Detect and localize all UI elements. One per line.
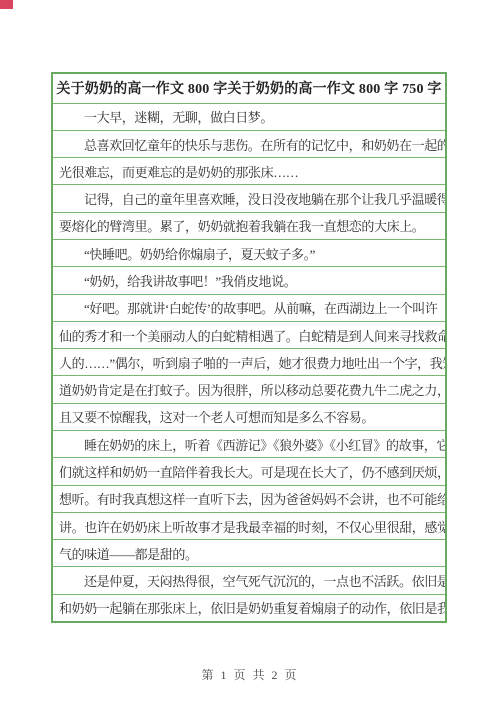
- red-corner-mark: [0, 0, 13, 9]
- essay-line-text: 人的……”偶尔，听到扇子啪的一声后，她才很费力地吐出一个字，我知: [59, 353, 445, 372]
- essay-table: 关于奶奶的高一作文 800 字关于奶奶的高一作文 800 字 750 字 一大早…: [51, 72, 447, 623]
- essay-line-row: 要熔化的臂湾里。累了，奶奶就抱着我躺在我一直想恋的大床上。: [53, 212, 445, 239]
- essay-line-text: 和奶奶一起躺在那张床上，依旧是奶奶重复着煽扇子的动作，依旧是我听: [59, 598, 445, 617]
- essay-line-row: 想听。有时我真想这样一直听下去，因为爸爸妈妈不会讲，也不可能给我: [53, 485, 445, 512]
- essay-line-row: 仙的秀才和一个美丽动人的白蛇精相遇了。白蛇精是到人间来寻找救命恩: [53, 321, 445, 348]
- document-page: { "page": { "title": "关于奶奶的高一作文 800 字关于奶…: [0, 0, 500, 708]
- essay-title: 关于奶奶的高一作文 800 字关于奶奶的高一作文 800 字 750 字: [56, 78, 441, 98]
- essay-line-text: 光很难忘，而更难忘的是奶奶的那张床……: [59, 162, 298, 181]
- essay-line-row: 们就这样和奶奶一直陪伴着我长大。可是现在长大了，仍不感到厌烦，还: [53, 457, 445, 484]
- essay-line-text: 想听。有时我真想这样一直听下去，因为爸爸妈妈不会讲，也不可能给我: [59, 489, 445, 508]
- essay-line-text: 讲。也许在奶奶床上听故事才是我最幸福的时刻，不仅心里很甜，感觉空: [59, 517, 445, 536]
- essay-line-row: 还是仲夏，天闷热得很，空气死气沉沉的，一点也不活跃。依旧是我: [53, 566, 445, 593]
- essay-line-row: “快睡吧。奶奶给你煽扇子，夏天蚊子多。”: [53, 239, 445, 266]
- essay-line-text: 睡在奶奶的床上，听着《西游记》《狼外婆》《小红冒》的故事，它: [84, 435, 445, 454]
- essay-line-row: 且又要不惊醒我，这对一个老人可想而知是多么不容易。: [53, 403, 445, 430]
- essay-line-row: 记得，自己的童年里喜欢睡，没日没夜地躺在那个让我几乎温暖得快: [53, 184, 445, 211]
- page-number-footer: 第 1 页 共 2 页: [0, 666, 500, 683]
- essay-line-text: 一大早，迷糊，无聊，做白日梦。: [84, 107, 273, 126]
- essay-line-text: 道奶奶肯定是在打蚊子。因为很胖，所以移动总要花费九牛二虎之力，而: [59, 380, 445, 399]
- essay-title-row: 关于奶奶的高一作文 800 字关于奶奶的高一作文 800 字 750 字: [53, 74, 445, 103]
- essay-line-row: “好吧。那就讲‘白蛇传’的故事吧。从前嘛，在西湖边上一个叫许: [53, 294, 445, 321]
- essay-line-row: 讲。也许在奶奶床上听故事才是我最幸福的时刻，不仅心里很甜，感觉空: [53, 512, 445, 539]
- essay-line-row: 睡在奶奶的床上，听着《西游记》《狼外婆》《小红冒》的故事，它: [53, 430, 445, 457]
- essay-line-row: 气的味道——都是甜的。: [53, 539, 445, 566]
- essay-line-text: “快睡吧。奶奶给你煽扇子，夏天蚊子多。”: [84, 244, 315, 263]
- essay-body: 一大早，迷糊，无聊，做白日梦。总喜欢回忆童年的快乐与悲伤。在所有的记忆中，和奶奶…: [53, 103, 445, 621]
- essay-line-row: 总喜欢回忆童年的快乐与悲伤。在所有的记忆中，和奶奶在一起的时: [53, 130, 445, 157]
- essay-line-text: 气的味道——都是甜的。: [59, 544, 198, 563]
- essay-line-row: 和奶奶一起躺在那张床上，依旧是奶奶重复着煽扇子的动作，依旧是我听: [53, 594, 445, 621]
- essay-line-text: 记得，自己的童年里喜欢睡，没日没夜地躺在那个让我几乎温暖得快: [84, 189, 445, 208]
- essay-line-text: 且又要不惊醒我，这对一个老人可想而知是多么不容易。: [59, 407, 374, 426]
- essay-line-text: “奶奶，给我讲故事吧！”我俏皮地说。: [84, 271, 296, 290]
- essay-line-text: 仙的秀才和一个美丽动人的白蛇精相遇了。白蛇精是到人间来寻找救命恩: [59, 326, 445, 345]
- essay-line-row: 道奶奶肯定是在打蚊子。因为很胖，所以移动总要花费九牛二虎之力，而: [53, 375, 445, 402]
- essay-line-row: 人的……”偶尔，听到扇子啪的一声后，她才很费力地吐出一个字，我知: [53, 348, 445, 375]
- essay-line-text: 还是仲夏，天闷热得很，空气死气沉沉的，一点也不活跃。依旧是我: [84, 571, 445, 590]
- essay-line-text: 要熔化的臂湾里。累了，奶奶就抱着我躺在我一直想恋的大床上。: [59, 216, 424, 235]
- essay-line-text: 总喜欢回忆童年的快乐与悲伤。在所有的记忆中，和奶奶在一起的时: [84, 135, 445, 154]
- essay-line-text: “好吧。那就讲‘白蛇传’的故事吧。从前嘛，在西湖边上一个叫许: [84, 298, 437, 317]
- essay-line-row: “奶奶，给我讲故事吧！”我俏皮地说。: [53, 266, 445, 293]
- essay-line-row: 一大早，迷糊，无聊，做白日梦。: [53, 103, 445, 130]
- essay-line-row: 光很难忘，而更难忘的是奶奶的那张床……: [53, 157, 445, 184]
- essay-line-text: 们就这样和奶奶一直陪伴着我长大。可是现在长大了，仍不感到厌烦，还: [59, 462, 445, 481]
